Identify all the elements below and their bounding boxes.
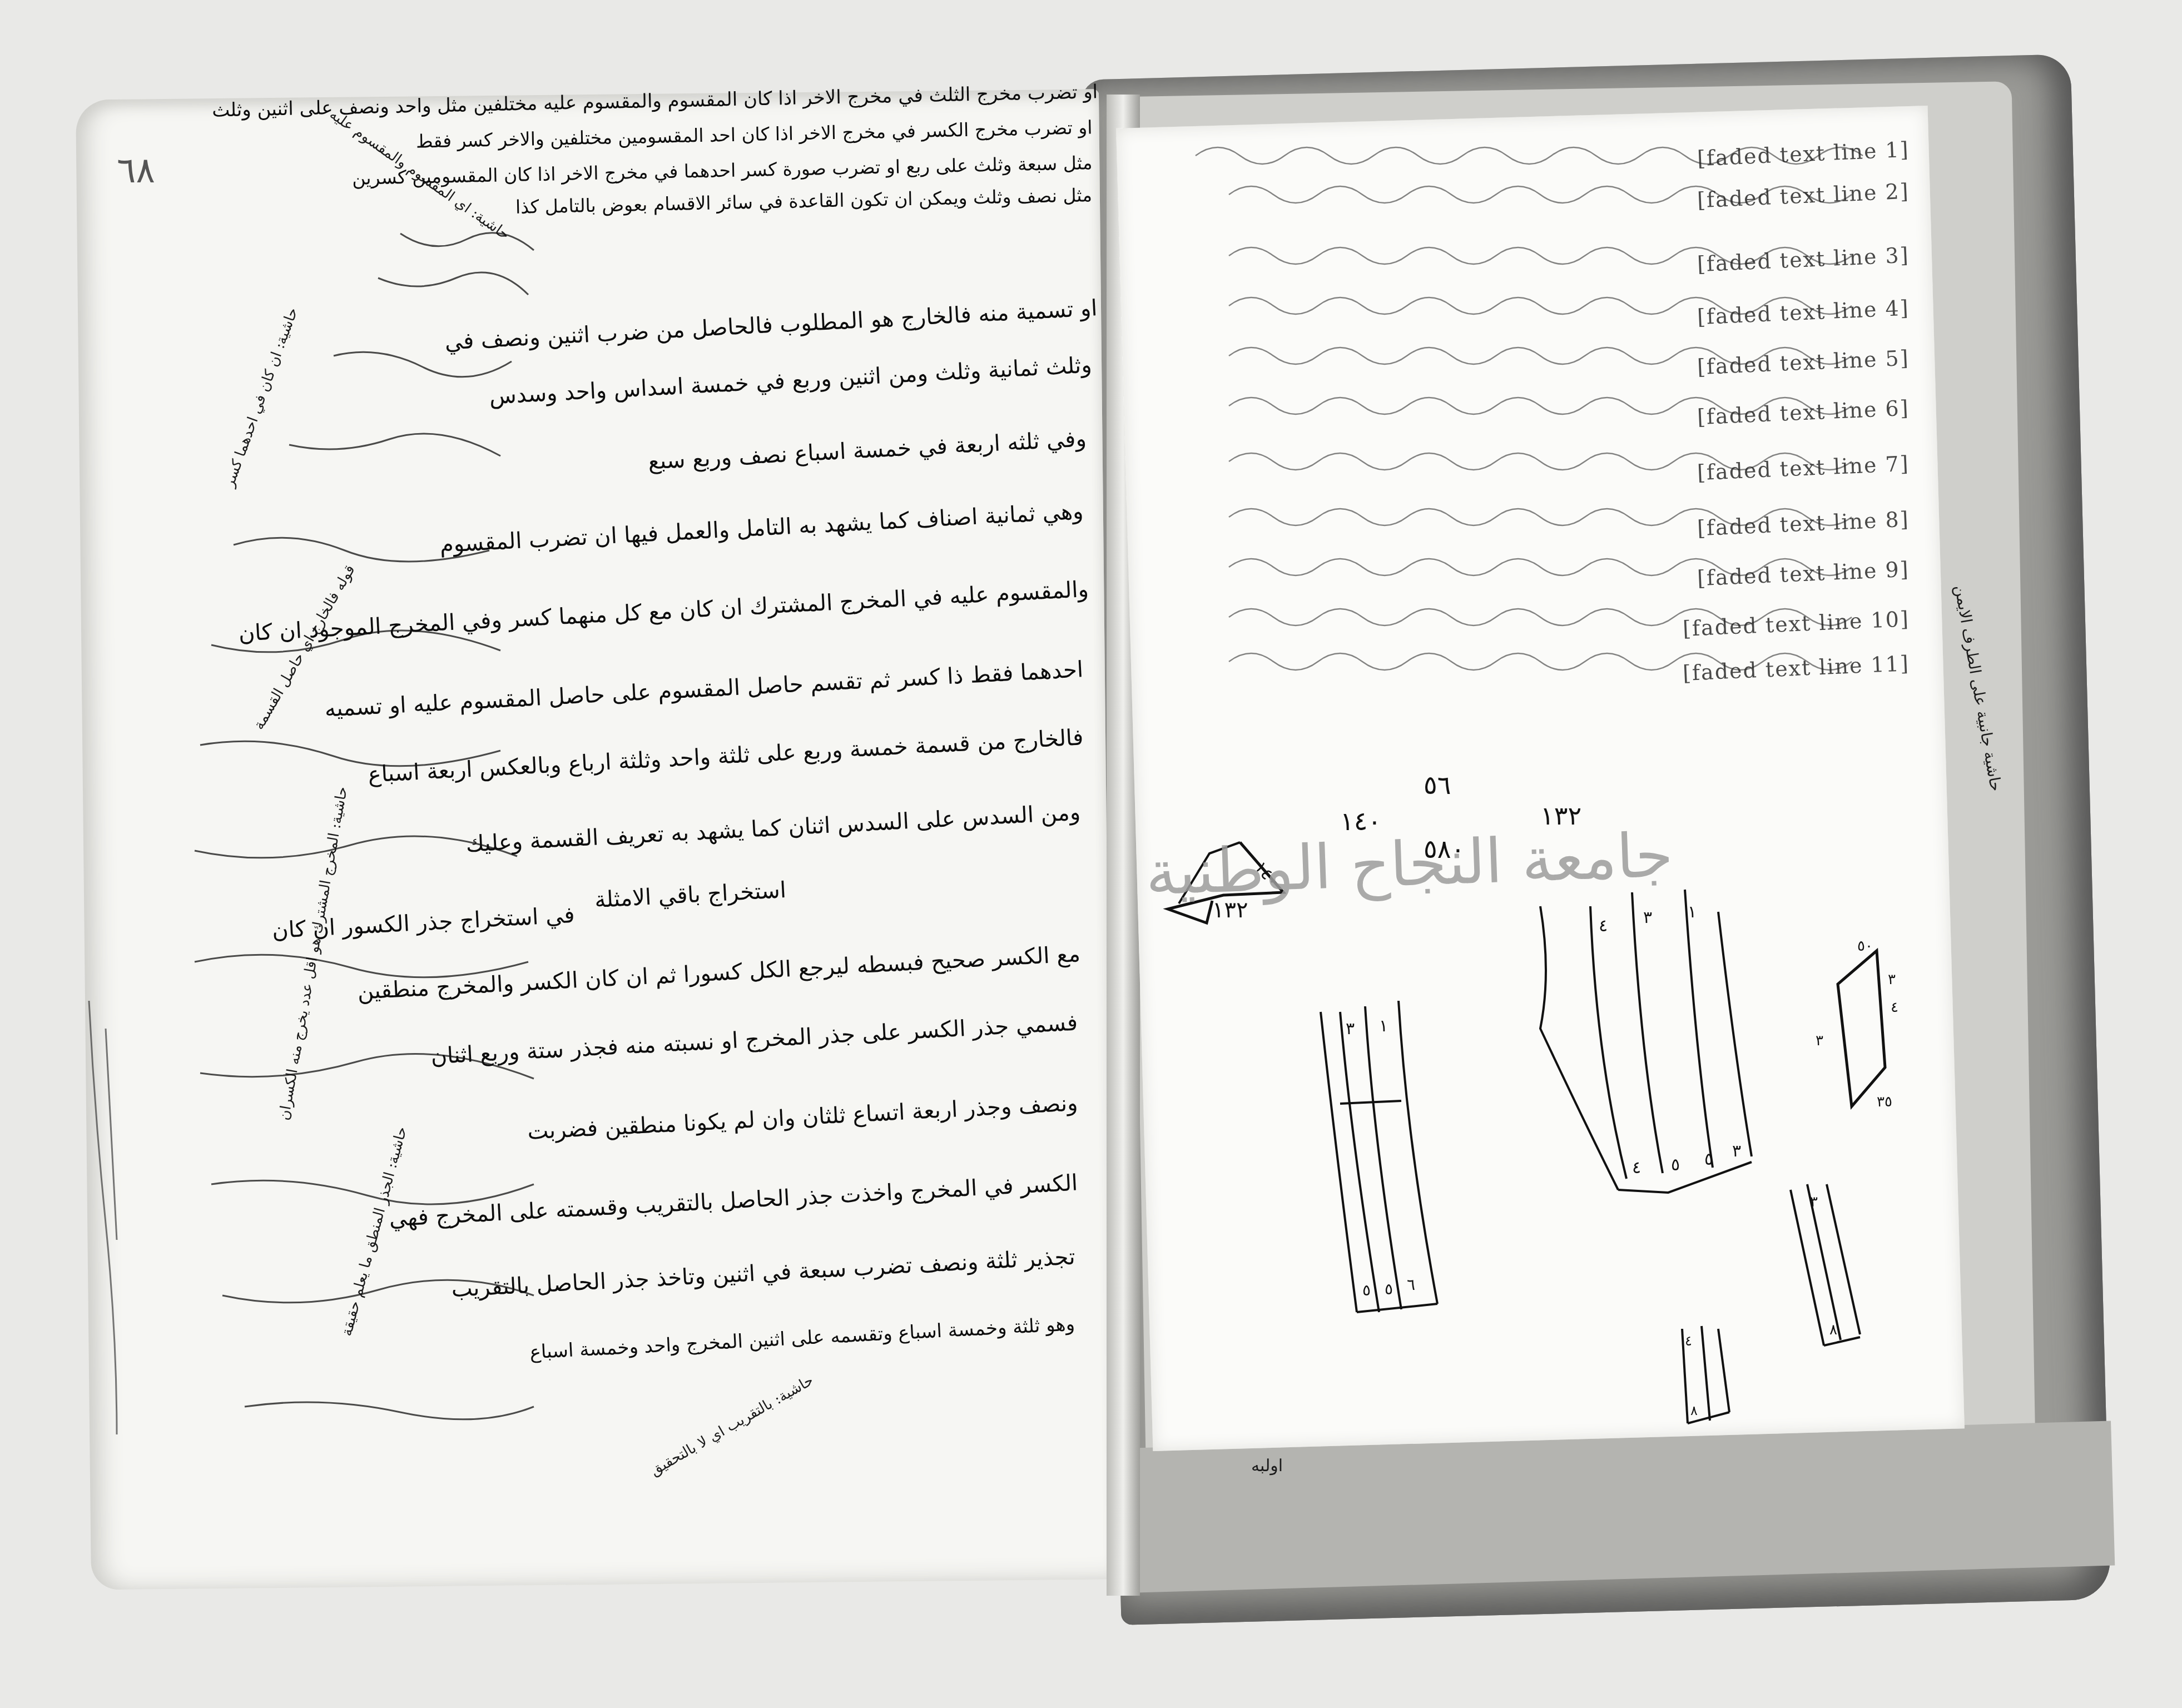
strip-label: ٤ xyxy=(1685,1333,1692,1349)
grid-label: ٤ xyxy=(1632,1158,1641,1178)
grid-label: ٤ xyxy=(1599,916,1608,936)
number-56: ٥٦ xyxy=(1424,770,1451,800)
grid-label: ١ xyxy=(1379,1016,1388,1036)
grid-label: ١ xyxy=(1688,902,1697,922)
strip-label: ٨ xyxy=(1690,1403,1698,1418)
marginalia-scribbles xyxy=(167,211,556,1490)
strip-label: ٣ xyxy=(1810,1194,1818,1210)
bottom-note: اولبه xyxy=(1251,1457,1283,1476)
grid-label: ٥ xyxy=(1671,1155,1680,1175)
parallelogram-label: ٣٥ xyxy=(1877,1094,1892,1110)
grid-label: ٥ xyxy=(1704,1150,1713,1169)
grid-label: ٥ xyxy=(1362,1281,1371,1299)
strip-label: ٨ xyxy=(1829,1322,1837,1338)
column-grid-left: ٣ ١ ٥ ٥ ٦ xyxy=(1318,1001,1451,1323)
small-strip-diagram: ٣ ٨ xyxy=(1779,1179,1880,1362)
column-grid-right: ٤ ٣ ١ ٤ ٥ ٥ ٣ xyxy=(1529,890,1779,1201)
parallelogram-label: ٤ xyxy=(1891,999,1898,1016)
page-number: ٦٨ xyxy=(117,150,155,191)
parallelogram-diagram: ٥٠ ٣ ٤ ٣ ٣٥ xyxy=(1813,940,1935,1123)
grid-label: ٣ xyxy=(1346,1019,1355,1039)
parallelogram-label: ٣ xyxy=(1888,971,1896,988)
faded-script-strokes xyxy=(1196,133,1918,689)
parallelogram-label: ٥٠ xyxy=(1857,938,1873,955)
tiny-strip-diagram: ٤ ٨ xyxy=(1674,1323,1752,1434)
grid-label: ٣ xyxy=(1643,908,1652,927)
grid-label: ٥ xyxy=(1385,1280,1393,1298)
parallelogram-label: ٣ xyxy=(1816,1032,1823,1049)
left-edge-vertical-notes xyxy=(67,1001,133,1446)
grid-label: ٦ xyxy=(1407,1275,1415,1294)
grid-label: ٣ xyxy=(1732,1141,1741,1161)
